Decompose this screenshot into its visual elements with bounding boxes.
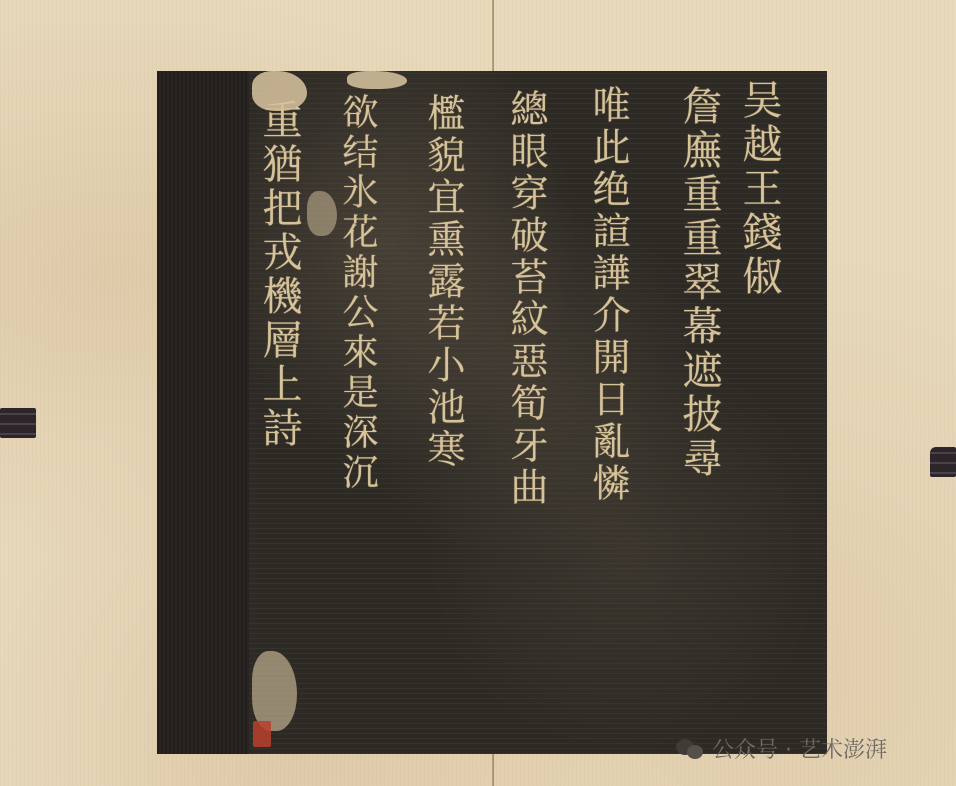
rubbing-margin-strip	[157, 71, 249, 754]
column-6: 欲结氷花謝公來是深沉	[339, 93, 375, 493]
red-seal-stamp	[253, 721, 271, 747]
right-binding-tab	[930, 447, 956, 477]
album-page: 吴越王錢俶 詹廡重重翠幕遮披尋 唯此绝諠譁介開日亂憐 總眼穿破苔紋惡筍牙曲 檻貌…	[0, 0, 956, 786]
wechat-icon	[676, 737, 706, 761]
column-5: 檻貌宜熏露若小池寒	[424, 93, 462, 471]
left-binding-tab	[0, 408, 36, 438]
column-1: 吴越王錢俶	[739, 79, 779, 299]
column-7: 重猶把戎機層上詩	[259, 99, 299, 451]
column-4: 總眼穿破苔紋惡筍牙曲	[507, 89, 545, 509]
column-2: 詹廡重重翠幕遮披尋	[679, 85, 719, 481]
column-3: 唯此绝諠譁介開日亂憐	[589, 85, 627, 505]
watermark: 公众号 · 艺术澎湃	[676, 733, 887, 764]
ink-rubbing: 吴越王錢俶 詹廡重重翠幕遮披尋 唯此绝諠譁介開日亂憐 總眼穿破苔紋惡筍牙曲 檻貌…	[157, 71, 827, 754]
watermark-text: 公众号 · 艺术澎湃	[712, 733, 887, 764]
text-columns: 吴越王錢俶 詹廡重重翠幕遮披尋 唯此绝諠譁介開日亂憐 總眼穿破苔紋惡筍牙曲 檻貌…	[249, 71, 827, 754]
